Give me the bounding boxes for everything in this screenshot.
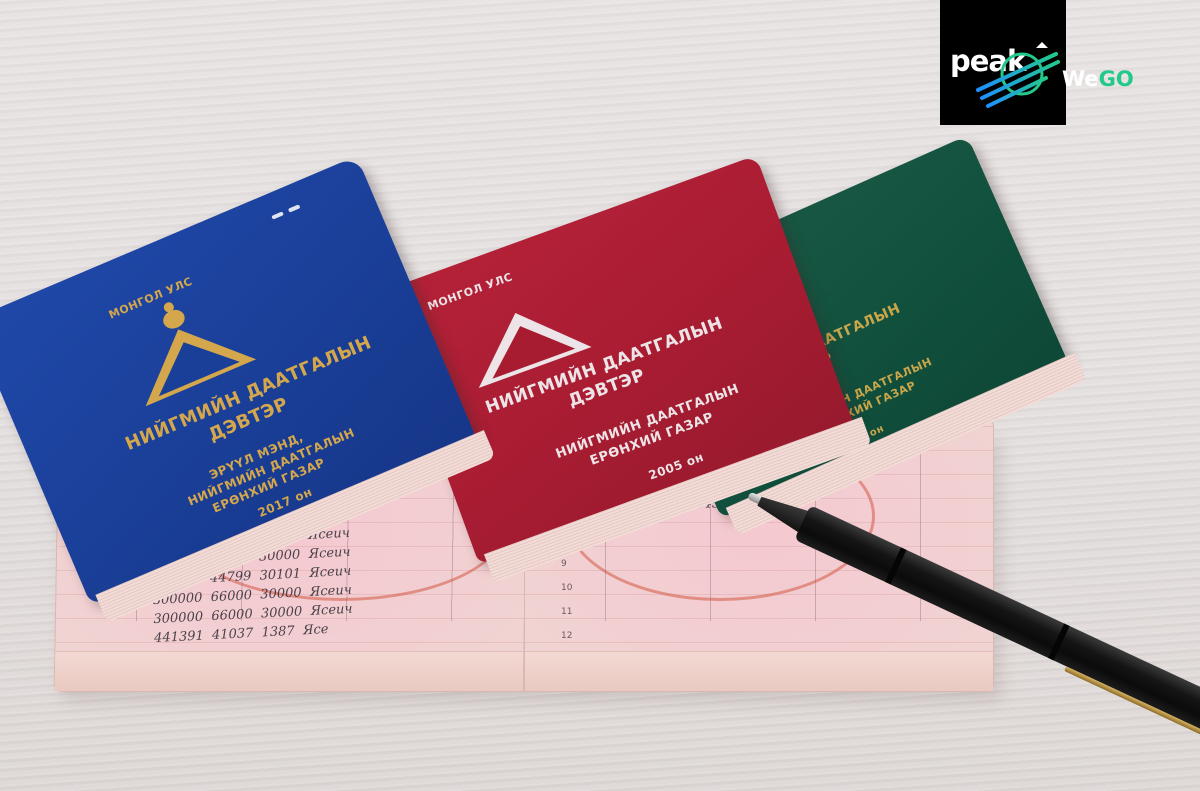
row-number: 11: [561, 607, 572, 617]
swoosh-planet-icon: [972, 40, 1064, 112]
staple: [271, 211, 284, 219]
photo-scene: 1714 29142 Ясеич 300000 66000 30000 Ясеи…: [0, 0, 1200, 791]
page-edge: [55, 651, 524, 691]
brand-logo-wego: WeGO: [1062, 67, 1134, 91]
brand-logo-go: GO: [1099, 67, 1134, 91]
page-edge: [525, 651, 993, 691]
row-number: 9: [561, 559, 567, 569]
row-number: 12: [561, 631, 572, 641]
country-label: МОНГОЛ УЛС: [426, 270, 515, 313]
row-number: 10: [561, 583, 572, 593]
brand-logo-we: We: [1062, 67, 1099, 91]
staple: [288, 204, 301, 212]
